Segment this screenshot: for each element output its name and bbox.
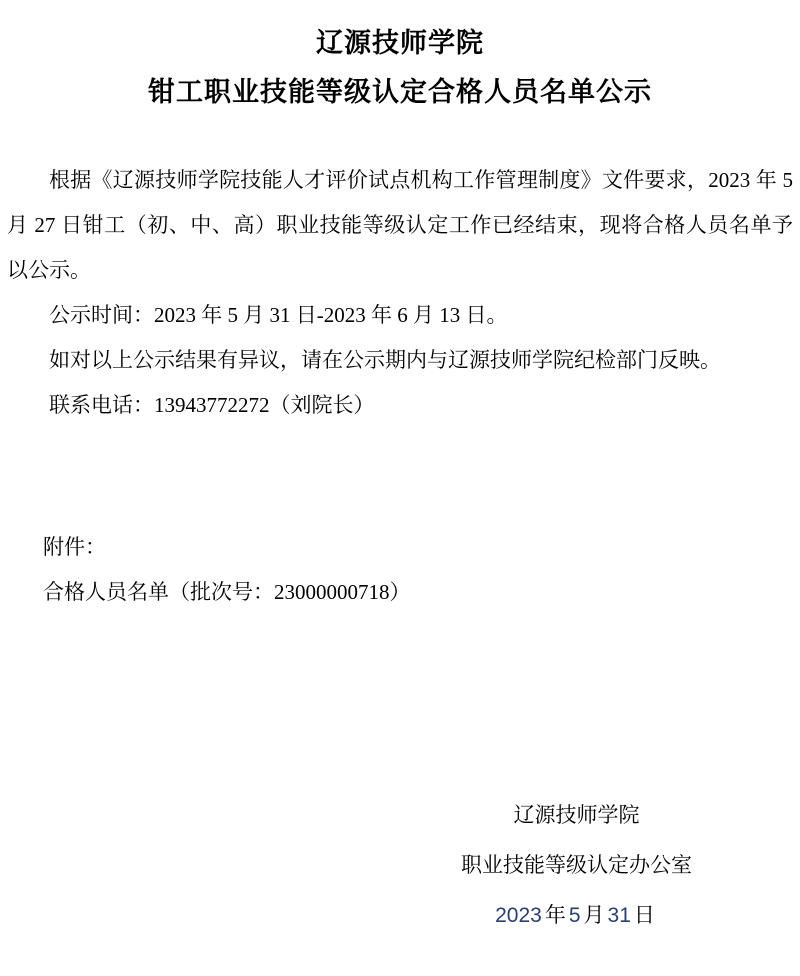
document-body: 根据《辽源技师学院技能人才评价试点机构工作管理制度》文件要求，2023 年 5 … (0, 158, 800, 428)
signature-org-line2: 职业技能等级认定办公室 (461, 840, 692, 890)
signature-date-month: 5 (569, 904, 581, 927)
signature-date-year: 2023 (495, 904, 542, 927)
signature-block: 辽源技师学院 职业技能等级认定办公室 2023年5月31日 (461, 790, 692, 941)
signature-date: 2023年5月31日 (461, 890, 692, 941)
paragraph-intro: 根据《辽源技师学院技能人才评价试点机构工作管理制度》文件要求，2023 年 5 … (7, 158, 793, 293)
signature-date-year-unit: 年 (545, 903, 566, 927)
document-title-subject: 钳工职业技能等级认定合格人员名单公示 (0, 79, 800, 106)
signature-date-day: 31 (608, 904, 631, 927)
attachment-section: 附件： 合格人员名单（批次号：23000000718） (0, 525, 800, 615)
signature-date-day-unit: 日 (634, 903, 655, 927)
paragraph-contact-phone: 联系电话：13943772272（刘院长） (7, 383, 793, 428)
attachment-label: 附件： (43, 525, 800, 570)
document-header: 辽源技师学院 钳工职业技能等级认定合格人员名单公示 (0, 0, 800, 106)
paragraph-publicity-period: 公示时间：2023 年 5 月 31 日-2023 年 6 月 13 日。 (7, 293, 793, 338)
signature-org-line1: 辽源技师学院 (461, 790, 692, 840)
paragraph-objection-notice: 如对以上公示结果有异议，请在公示期内与辽源技师学院纪检部门反映。 (7, 338, 793, 383)
document-page: 辽源技师学院 钳工职业技能等级认定合格人员名单公示 根据《辽源技师学院技能人才评… (0, 0, 800, 976)
signature-date-month-unit: 月 (584, 903, 605, 927)
attachment-item: 合格人员名单（批次号：23000000718） (43, 570, 800, 615)
document-title-org: 辽源技师学院 (0, 30, 800, 57)
